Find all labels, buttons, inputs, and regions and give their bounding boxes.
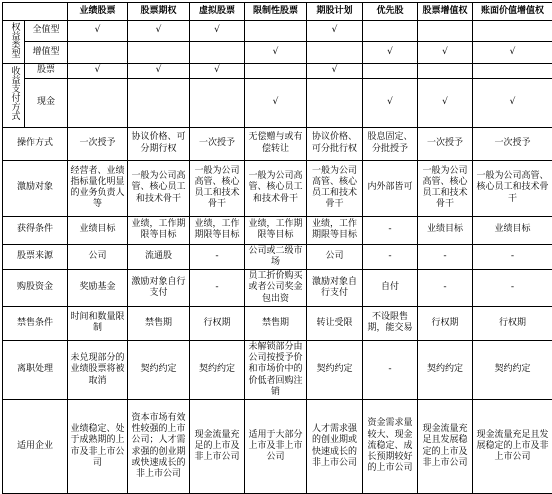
table-cell: 契约约定 [128, 340, 190, 399]
table-cell: 业绩，工作期限等目标 [128, 216, 190, 244]
row-label: 禁售条件 [3, 306, 68, 340]
check-cell [363, 21, 418, 42]
check-cell: √ [418, 42, 473, 64]
table-row: 获得条件 业绩目标 业绩，工作期限等目标 业绩，工作期限等目标 业绩，工作期限等… [3, 216, 552, 244]
table-cell: 业绩目标 [418, 216, 473, 244]
table-cell: 内外部皆可 [363, 160, 418, 216]
table-cell: 禁售期 [128, 306, 190, 340]
table-cell: - [473, 270, 552, 307]
corner-cell [3, 3, 68, 21]
check-cell [473, 64, 552, 78]
check-cell: √ [190, 64, 245, 78]
column-header: 虚拟股票 [190, 3, 245, 21]
column-header: 股票期权 [128, 3, 190, 21]
column-header: 业绩股票 [68, 3, 128, 21]
table-cell: 行权期 [418, 306, 473, 340]
column-header: 账面价值增值权 [473, 3, 552, 21]
table-row: 激励对象 经营者、业绩指标量化明显的业务负责人等 一般为公司高管、核心员工和技术… [3, 160, 552, 216]
check-cell [190, 42, 245, 64]
table-row: 股票来源 公司 流通股 - 公司或二级市场 公司 - - - [3, 244, 552, 270]
group-label-cell: 权益类型 [3, 21, 25, 64]
table-cell: 一次授予 [418, 127, 473, 160]
table-cell: 行权期 [473, 306, 552, 340]
check-cell [190, 78, 245, 127]
column-header: 优先股 [363, 3, 418, 21]
table-row: 权益类型 全值型 √ √ √ √ [3, 21, 552, 42]
check-cell [245, 64, 307, 78]
table-row: 增值型 √ √ √ √ [3, 42, 552, 64]
group-label: 收益支付方式 [9, 66, 19, 120]
check-cell [418, 64, 473, 78]
table-cell: 不设限售期，能交易 [363, 306, 418, 340]
check-cell [473, 21, 552, 42]
column-header: 股票增值权 [418, 3, 473, 21]
table-cell: 公司或二级市场 [245, 244, 307, 270]
row-label: 股票 [25, 64, 68, 78]
table-cell: 一般为公司高管、核心员工和技术骨干 [418, 160, 473, 216]
row-label: 股票来源 [3, 244, 68, 270]
row-label: 操作方式 [3, 127, 68, 160]
table-cell: 协议价格、可分期行权 [128, 127, 190, 160]
table-cell: - [418, 270, 473, 307]
check-cell: √ [245, 42, 307, 64]
table-cell: 业绩，工作期限等目标 [245, 216, 307, 244]
table-cell: 转让受限 [307, 306, 363, 340]
table-cell: 契约约定 [473, 340, 552, 399]
table-cell: 业绩，工作期限等目标 [190, 216, 245, 244]
row-label: 适用企业 [3, 400, 68, 494]
table-cell: 业绩，工作期限等目标 [307, 216, 363, 244]
check-cell: √ [307, 21, 363, 42]
table-cell: 行权期 [190, 306, 245, 340]
check-cell [68, 78, 128, 127]
check-cell: √ [68, 21, 128, 42]
check-cell [307, 42, 363, 64]
table-cell: 公司 [307, 244, 363, 270]
check-cell [363, 64, 418, 78]
check-cell: √ [128, 64, 190, 78]
table-cell: 一次授予 [190, 127, 245, 160]
table-cell: 激励对象自行支付 [128, 270, 190, 307]
table-cell: 公司 [68, 244, 128, 270]
table-row: 现金 √ √ √ √ [3, 78, 552, 127]
table-cell: 自付 [363, 270, 418, 307]
check-cell: √ [128, 21, 190, 42]
table-cell: 一般为公司高管、核心员工和技术骨干 [128, 160, 190, 216]
table-cell: 激励对象自行支付 [307, 270, 363, 307]
table-cell: 一次授予 [68, 127, 128, 160]
table-cell: 无偿赠与或有偿转让 [245, 127, 307, 160]
check-cell [307, 78, 363, 127]
table-row: 收益支付方式 股票 √ √ √ √ [3, 64, 552, 78]
check-cell: √ [307, 64, 363, 78]
column-header: 期股计划 [307, 3, 363, 21]
table-cell: 股息固定、分批授予 [363, 127, 418, 160]
check-cell [418, 21, 473, 42]
table-cell: 一般为公司高管、核心员工和技术骨干 [245, 160, 307, 216]
table-row: 适用企业 业绩稳定、处于成熟期的上市及非上市公司 资本市场有效性较强的上市公司；… [3, 400, 552, 494]
row-label: 购股资金 [3, 270, 68, 307]
group-label-cell: 收益支付方式 [3, 64, 25, 127]
group-label: 权益类型 [9, 22, 19, 58]
table-cell: - [473, 244, 552, 270]
table-cell: 未解锁部分由公司按授予价和市场价中的价低者回购注销 [245, 340, 307, 399]
table-cell: 适用于大部分上市及非上市公司 [245, 400, 307, 494]
table-cell: 禁售期 [245, 306, 307, 340]
check-cell: √ [363, 42, 418, 64]
check-cell: √ [363, 78, 418, 127]
row-label: 增值型 [25, 42, 68, 64]
row-label: 获得条件 [3, 216, 68, 244]
table-cell: 未兑现部分的业绩股票将被取消 [68, 340, 128, 399]
check-cell: √ [473, 78, 552, 127]
table-cell: - [363, 244, 418, 270]
row-label: 全值型 [25, 21, 68, 42]
table-cell: 协议价格、可分批行权 [307, 127, 363, 160]
table-cell: - [418, 244, 473, 270]
table-cell: 资本市场有效性较强的上市公司；人才需求强的创业期或快速成长的非上市公司 [128, 400, 190, 494]
table-cell: 业绩目标 [473, 216, 552, 244]
table-cell: 人才需求强的创业期或快速成长的非上市公司 [307, 400, 363, 494]
header-row: 业绩股票 股票期权 虚拟股票 限制性股票 期股计划 优先股 股票增值权 账面价值… [3, 3, 552, 21]
check-cell [245, 21, 307, 42]
comparison-table: 业绩股票 股票期权 虚拟股票 限制性股票 期股计划 优先股 股票增值权 账面价值… [2, 2, 552, 494]
table-cell: - [363, 340, 418, 399]
table-cell: 一般为公司高管、核心员工和技术骨干 [190, 160, 245, 216]
table-cell: - [190, 244, 245, 270]
table-cell: 奖励基金 [68, 270, 128, 307]
table-cell: 一般为公司高管、核心员工和技术骨干 [473, 160, 552, 216]
row-label: 激励对象 [3, 160, 68, 216]
check-cell: √ [473, 42, 552, 64]
table-row: 离职处理 未兑现部分的业绩股票将被取消 契约约定 契约约定 未解锁部分由公司按授… [3, 340, 552, 399]
check-cell [128, 78, 190, 127]
table-cell: 现金流量充足且发展稳定的上市及非上市公司 [473, 400, 552, 494]
table-cell: 业绩目标 [68, 216, 128, 244]
table-cell: 一般为公司高管、核心员工和技术骨干 [307, 160, 363, 216]
table-cell: 时间和数量限制 [68, 306, 128, 340]
table-cell: 业绩稳定、处于成熟期的上市及非上市公司 [68, 400, 128, 494]
table-row: 禁售条件 时间和数量限制 禁售期 行权期 禁售期 转让受限 不设限售期，能交易 … [3, 306, 552, 340]
check-cell: √ [245, 78, 307, 127]
table-cell: 契约约定 [307, 340, 363, 399]
column-header: 限制性股票 [245, 3, 307, 21]
table-cell: 经营者、业绩指标量化明显的业务负责人等 [68, 160, 128, 216]
check-cell: √ [190, 21, 245, 42]
row-label: 现金 [25, 78, 68, 127]
table-cell: 契约约定 [190, 340, 245, 399]
table-cell: 流通股 [128, 244, 190, 270]
check-cell [68, 42, 128, 64]
table-cell: - [363, 216, 418, 244]
table-cell: 员工折价购买或者公司奖金包出资 [245, 270, 307, 307]
table-cell: 现金流量充足的上市及非上市公司 [190, 400, 245, 494]
check-cell [128, 42, 190, 64]
table-cell: 资金需求量较大、现金流稳定、成长预期较好的上市公司 [363, 400, 418, 494]
table-row: 购股资金 奖励基金 激励对象自行支付 - 员工折价购买或者公司奖金包出资 激励对… [3, 270, 552, 307]
row-label: 离职处理 [3, 340, 68, 399]
table-cell: 现金流量充足且发展稳定的上市及非上市公司 [418, 400, 473, 494]
check-cell: √ [68, 64, 128, 78]
table-row: 操作方式 一次授予 协议价格、可分期行权 一次授予 无偿赠与或有偿转让 协议价格… [3, 127, 552, 160]
table-cell: - [190, 270, 245, 307]
check-cell: √ [418, 78, 473, 127]
table-cell: 一次授予 [473, 127, 552, 160]
table-cell: 契约约定 [418, 340, 473, 399]
